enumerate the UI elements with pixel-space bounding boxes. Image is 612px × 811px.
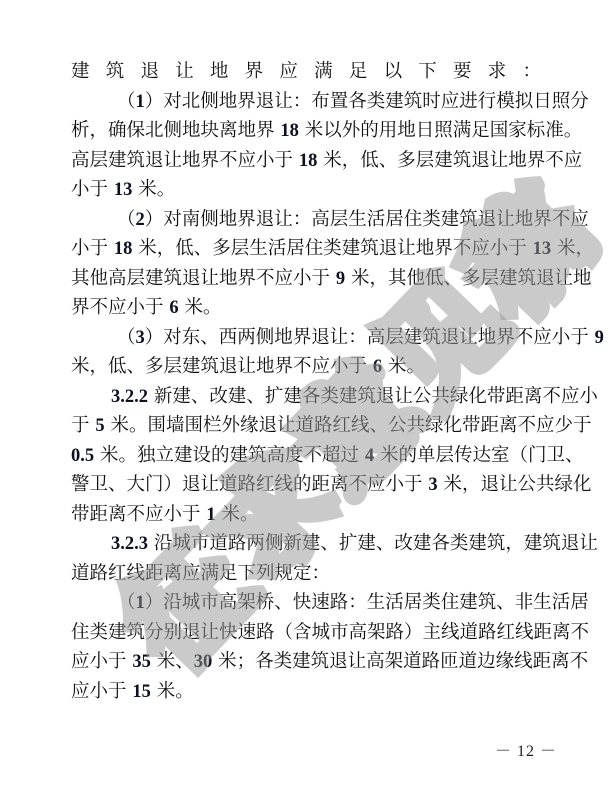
text-segment: 应小于	[71, 651, 132, 672]
text-segment: 米。	[216, 504, 259, 525]
text-line: 0.5 米。独立建设的建筑高度不超过 4 米的单层传达室（门卫、	[71, 441, 541, 471]
text-segment: ）对东、西两侧地界退让：高层建筑退让地界不应小于	[145, 327, 595, 348]
text-segment: 米。	[382, 356, 425, 377]
text-line: 3.2.2 新建、改建、扩建各类建筑退让公共绿化带距离不应小	[71, 382, 541, 412]
text-segment: 米，	[551, 238, 594, 259]
text-segment: 米，低、多层建筑退让地界不应	[317, 150, 582, 171]
text-segment: 应小于	[71, 681, 132, 702]
text-segment: 析，确保北侧地块离地界	[71, 120, 280, 141]
bold-number: 30	[194, 652, 213, 672]
bold-number: 18	[114, 239, 133, 259]
bold-number: 1	[206, 505, 215, 525]
bold-number: 18	[280, 121, 299, 141]
text-segment: 米，其他低、多层建筑退让地	[345, 268, 591, 289]
text-segment: 米的单层传达室（门卫、	[374, 445, 583, 466]
text-segment: 米，退让公共绿化	[438, 474, 592, 495]
text-line: 应小于 35 米、30 米；各类建筑退让高架道路匝道边缘线距离不	[71, 647, 541, 677]
text-segment: 米；各类建筑退让高架道路匝道边缘线距离不	[212, 651, 588, 672]
bold-number: 35	[132, 652, 151, 672]
document-body: 建筑退让地界应满足以下要求：（1）对北侧地界退让：布置各类建筑时应进行模拟日照分…	[71, 57, 541, 706]
text-segment: 新建、改建、扩建各类建筑退让公共绿化带距离不应小	[148, 386, 598, 407]
text-line: 小于 18 米，低、多层生活居住类建筑退让地界不应小于 13 米，	[71, 234, 541, 264]
text-segment: 米。	[179, 297, 222, 318]
text-line: 高层建筑退让地界不应小于 18 米，低、多层建筑退让地界不应	[71, 146, 541, 176]
text-segment: 米。	[151, 681, 194, 702]
text-segment: 带距离不应小于	[71, 504, 206, 525]
bold-number: 3.2.2	[111, 387, 148, 407]
bold-number: 0.5	[71, 446, 94, 466]
bold-number: 1	[136, 593, 145, 613]
text-segment: 其他高层建筑退让地界不应小于	[71, 268, 336, 289]
text-line: 警卫、大门）退让道路红线的距离不应小于 3 米，退让公共绿化	[71, 470, 541, 500]
text-segment: 警卫、大门）退让道路红线的距离不应小于	[71, 474, 428, 495]
text-line: 界不应小于 6 米。	[71, 293, 541, 323]
text-segment: 建筑退让地界应满足以下要求：	[71, 61, 541, 82]
text-line: 其他高层建筑退让地界不应小于 9 米，其他低、多层建筑退让地	[71, 264, 541, 294]
bold-number: 5	[95, 416, 104, 436]
bold-number: 3.2.3	[111, 534, 148, 554]
bold-number: 2	[136, 210, 145, 230]
text-segment: （	[117, 592, 136, 613]
text-segment: 小于	[71, 179, 114, 200]
page-number: － 12 －	[495, 738, 557, 761]
bold-number: 13	[114, 180, 133, 200]
text-line: （2）对南侧地界退让：高层生活居住类建筑退让地界不应	[71, 205, 541, 235]
text-line: （1）沿城市高架桥、快速路：生活居类住建筑、非生活居	[71, 588, 541, 618]
bold-number: 18	[299, 151, 318, 171]
text-line: 建筑退让地界应满足以下要求：	[71, 57, 541, 87]
text-segment: ）对南侧地界退让：高层生活居住类建筑退让地界不应	[145, 209, 589, 230]
text-line: （3）对东、西两侧地界退让：高层建筑退让地界不应小于 9	[71, 323, 541, 353]
text-line: 米，低、多层建筑退让地界不应小于 6 米。	[71, 352, 541, 382]
bold-number: 4	[365, 446, 374, 466]
bold-number: 1	[136, 92, 145, 112]
text-segment: 小于	[71, 238, 114, 259]
bold-number: 6	[169, 298, 178, 318]
text-segment: 界不应小于	[71, 297, 169, 318]
text-segment: 米。围墙围栏外缘退让道路红线、公共绿化带距离不应少于	[105, 415, 592, 436]
text-line: 住类建筑分别退让快速路（含城市高架路）主线道路红线距离不	[71, 618, 541, 648]
text-segment: ）沿城市高架桥、快速路：生活居类住建筑、非生活居	[145, 592, 589, 613]
text-segment: 道路红线距离应满足下列规定：	[71, 563, 330, 584]
text-segment: （	[117, 209, 136, 230]
bold-number: 13	[533, 239, 552, 259]
bold-number: 9	[336, 269, 345, 289]
bold-number: 9	[595, 328, 604, 348]
text-segment: 高层建筑退让地界不应小于	[71, 150, 299, 171]
text-segment: 米。独立建设的建筑高度不超过	[94, 445, 365, 466]
bold-number: 3	[428, 475, 437, 495]
bold-number: 3	[136, 328, 145, 348]
text-segment: （	[117, 327, 136, 348]
text-line: 析，确保北侧地块离地界 18 米以外的用地日照满足国家标准。	[71, 116, 541, 146]
text-line: （1）对北侧地界退让：布置各类建筑时应进行模拟日照分	[71, 87, 541, 117]
document-page: 建筑退让地界应满足以下要求：（1）对北侧地界退让：布置各类建筑时应进行模拟日照分…	[0, 0, 612, 811]
text-segment: 住类建筑分别退让快速路（含城市高架路）主线道路红线距离不	[71, 622, 589, 643]
text-line: 应小于 15 米。	[71, 677, 541, 707]
text-segment: 米、	[151, 651, 194, 672]
text-segment: 沿城市道路两侧新建、扩建、改建各类建筑，建筑退让	[148, 533, 598, 554]
text-segment: 于	[71, 415, 95, 436]
text-segment: 米，低、多层建筑退让地界不应小于	[71, 356, 373, 377]
text-line: 3.2.3 沿城市道路两侧新建、扩建、改建各类建筑，建筑退让	[71, 529, 541, 559]
text-segment: （	[117, 91, 136, 112]
bold-number: 15	[132, 682, 151, 702]
text-line: 道路红线距离应满足下列规定：	[71, 559, 541, 589]
text-line: 带距离不应小于 1 米。	[71, 500, 541, 530]
text-line: 小于 13 米。	[71, 175, 541, 205]
text-segment: ）对北侧地界退让：布置各类建筑时应进行模拟日照分	[145, 91, 589, 112]
text-segment: 米。	[132, 179, 175, 200]
bold-number: 6	[373, 357, 382, 377]
text-segment: 米以外的用地日照满足国家标准。	[299, 120, 582, 141]
text-segment: 米，低、多层生活居住类建筑退让地界不应小于	[132, 238, 532, 259]
text-line: 于 5 米。围墙围栏外缘退让道路红线、公共绿化带距离不应少于	[71, 411, 541, 441]
